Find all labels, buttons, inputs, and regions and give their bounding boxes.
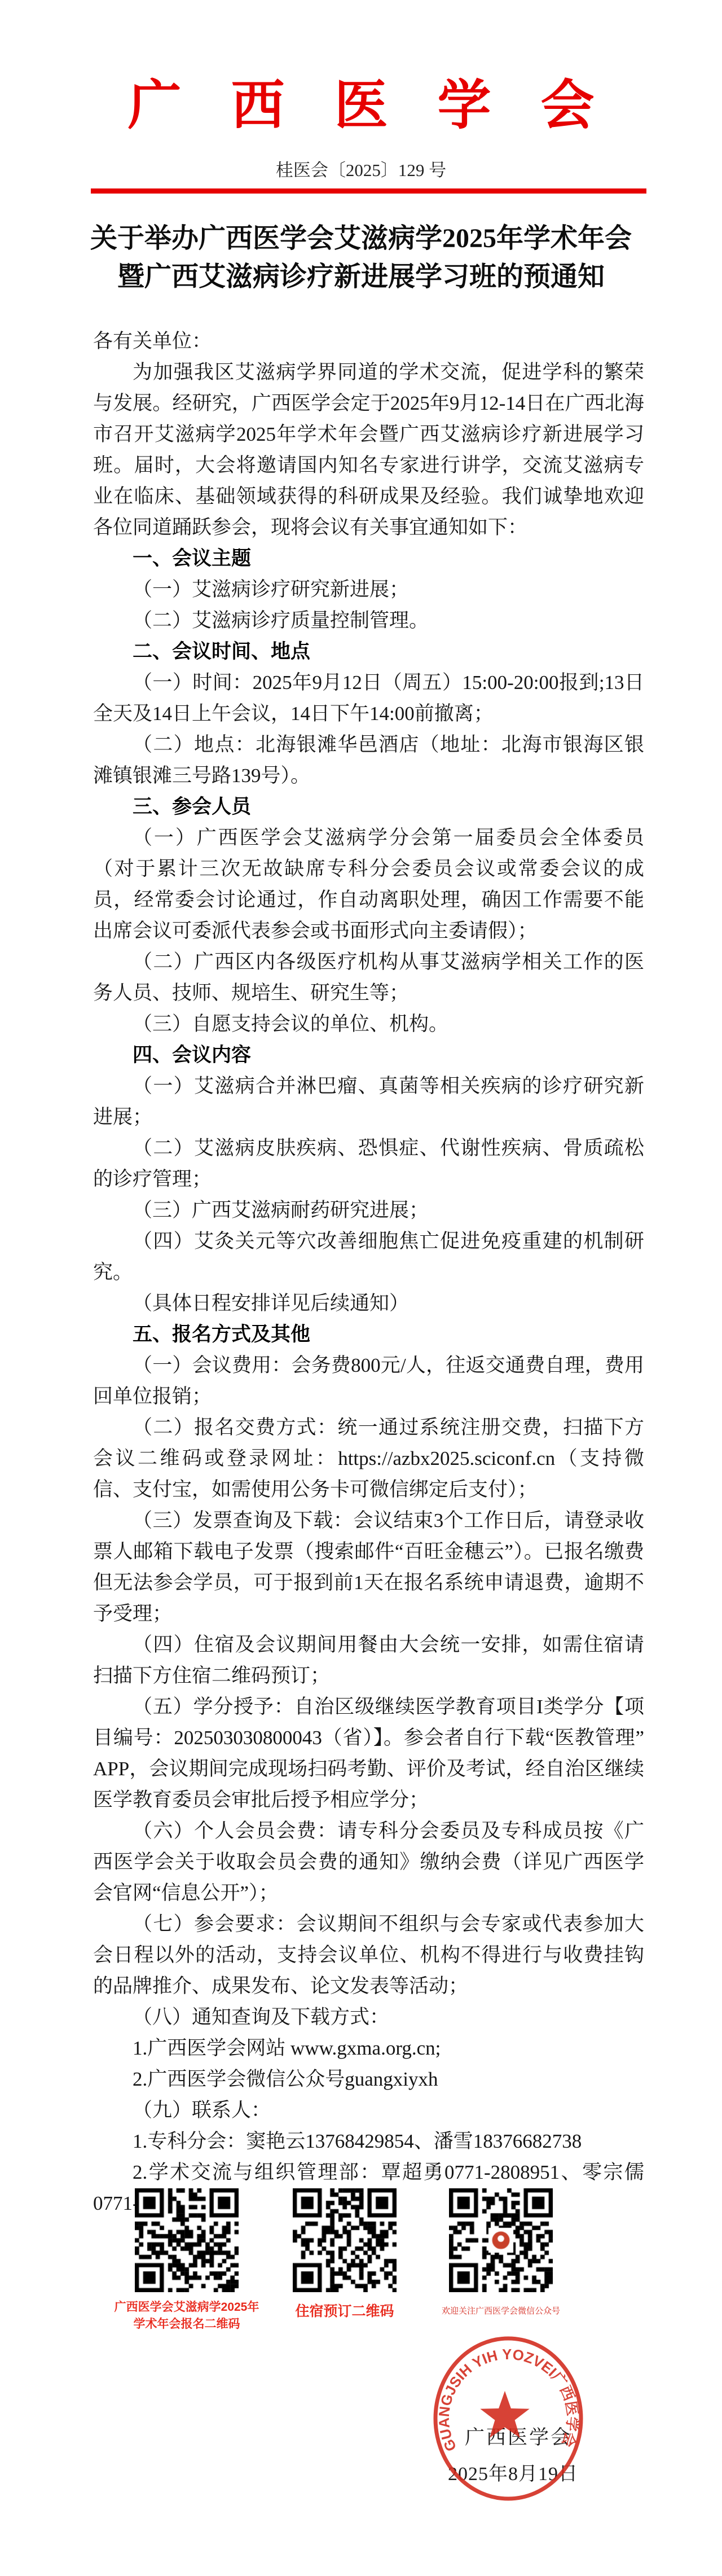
notice-title-line2: 暨广西艾滋病诊疗新进展学习班的预通知 <box>51 258 671 296</box>
notice-website-line: 1.广西医学会网站 www.gxma.org.cn; <box>93 2033 644 2064</box>
qr-code-section: 广西医学会艾滋病学2025年 学术年会报名二维码 住宿预订二维码 欢迎关注广西医… <box>0 2188 722 2425</box>
section-5-item-7: （七）参会要求：会议期间不组织与会专家或代表参加大会日程以外的活动，支持会议单位… <box>93 1908 644 2002</box>
intro-paragraph: 为加强我区艾滋病学界同道的学术交流，促进学科的繁荣与发展。经研究，广西医学会定于… <box>93 357 644 543</box>
official-notice-page: 广西医学会 桂医会〔2025〕129 号 关于举办广西医学会艾滋病学2025年学… <box>0 0 722 2576</box>
letterhead-org-title: 广西医学会 <box>0 78 722 134</box>
hotel-booking-qr-code <box>293 2188 397 2292</box>
section-4-note: （具体日程安排详见后续通知） <box>93 1288 644 1319</box>
section-4-item-1: （一）艾滋病合并淋巴瘤、真菌等相关疾病的诊疗研究新进展； <box>93 1070 644 1133</box>
section-5-item-2: （二）报名交费方式：统一通过系统注册交费，扫描下方会议二维码或登录网址：http… <box>93 1412 644 1505</box>
section-5-item-8: （八）通知查询及下载方式： <box>93 2002 644 2033</box>
section-4-item-2: （二）艾滋病皮肤疾病、恐惧症、代谢性疾病、骨质疏松的诊疗管理； <box>93 1133 644 1195</box>
section-5-item-3: （三）发票查询及下载：会议结束3个工作日后，请登录收票人邮箱下载电子发票（搜索邮… <box>93 1505 644 1629</box>
notice-title-line1: 关于举办广西医学会艾滋病学2025年学术年会 <box>51 220 671 258</box>
section-4-heading: 四、会议内容 <box>93 1039 644 1070</box>
section-1-item-1: （一）艾滋病诊疗研究新进展； <box>93 574 644 605</box>
section-5-item-5: （五）学分授予：自治区级继续医学教育项目I类学分【项目编号：2025030308… <box>93 1691 644 1815</box>
section-4-item-3: （三）广西艾滋病耐药研究进展； <box>93 1195 644 1226</box>
section-3-heading: 三、参会人员 <box>93 791 644 822</box>
section-5-item-1: （一）会议费用：会务费800元/人，往返交通费自理，费用回单位报销； <box>93 1350 644 1412</box>
wechat-qr-block: 欢迎关注广西医学会微信公众号 <box>408 2188 594 2317</box>
section-5-item-6: （六）个人会员会费：请专科分会委员及专科成员按《广西医学会关于收取会员会费的通知… <box>93 1815 644 1908</box>
wechat-qr-caption: 欢迎关注广西医学会微信公众号 <box>408 2306 594 2317</box>
salutation: 各有关单位： <box>93 326 644 357</box>
notice-body: 各有关单位： 为加强我区艾滋病学界同道的学术交流，促进学科的繁荣与发展。经研究，… <box>0 326 722 2219</box>
section-1-heading: 一、会议主题 <box>93 543 644 574</box>
official-red-seal: GUANGJSIH YIH YOZVEI广西医学会 <box>429 2334 587 2506</box>
section-3-item-1: （一）广西医学会艾滋病学分会第一届委员会全体委员（对于累计三次无故缺席专科分会委… <box>93 822 644 946</box>
registration-qr-code <box>135 2188 239 2292</box>
section-1-item-2: （二）艾滋病诊疗质量控制管理。 <box>93 605 644 636</box>
section-3-item-3: （三）自愿支持会议的单位、机构。 <box>93 1008 644 1039</box>
section-5-heading: 五、报名方式及其他 <box>93 1319 644 1350</box>
seal-star-icon <box>480 2391 529 2438</box>
section-2-item-2: （二）地点：北海银滩华邑酒店（地址：北海市银海区银滩镇银滩三号路139号）。 <box>93 729 644 791</box>
section-3-item-2: （二）广西区内各级医疗机构从事艾滋病学相关工作的医务人员、技师、规培生、研究生等… <box>93 946 644 1008</box>
red-divider-rule <box>91 188 646 194</box>
wechat-official-account-qr-code <box>449 2188 553 2292</box>
contact-line-1: 1.专科分会：窦艳云13768429854、潘雪18376682738 <box>93 2126 644 2157</box>
notice-title: 关于举办广西医学会艾滋病学2025年学术年会 暨广西艾滋病诊疗新进展学习班的预通… <box>51 220 671 296</box>
section-5-item-4: （四）住宿及会议期间用餐由大会统一安排，如需住宿请扫描下方住宿二维码预订； <box>93 1629 644 1691</box>
section-5-item-9: （九）联系人： <box>93 2095 644 2126</box>
section-2-item-1: （一）时间：2025年9月12日（周五）15:00-20:00报到;13日全天及… <box>93 667 644 729</box>
section-4-item-4: （四）艾灸关元等穴改善细胞焦亡促进免疫重建的机制研究。 <box>93 1226 644 1288</box>
section-2-heading: 二、会议时间、地点 <box>93 636 644 667</box>
document-number: 桂医会〔2025〕129 号 <box>0 159 722 182</box>
notice-wechat-line: 2.广西医学会微信公众号guangxiyxh <box>93 2064 644 2095</box>
